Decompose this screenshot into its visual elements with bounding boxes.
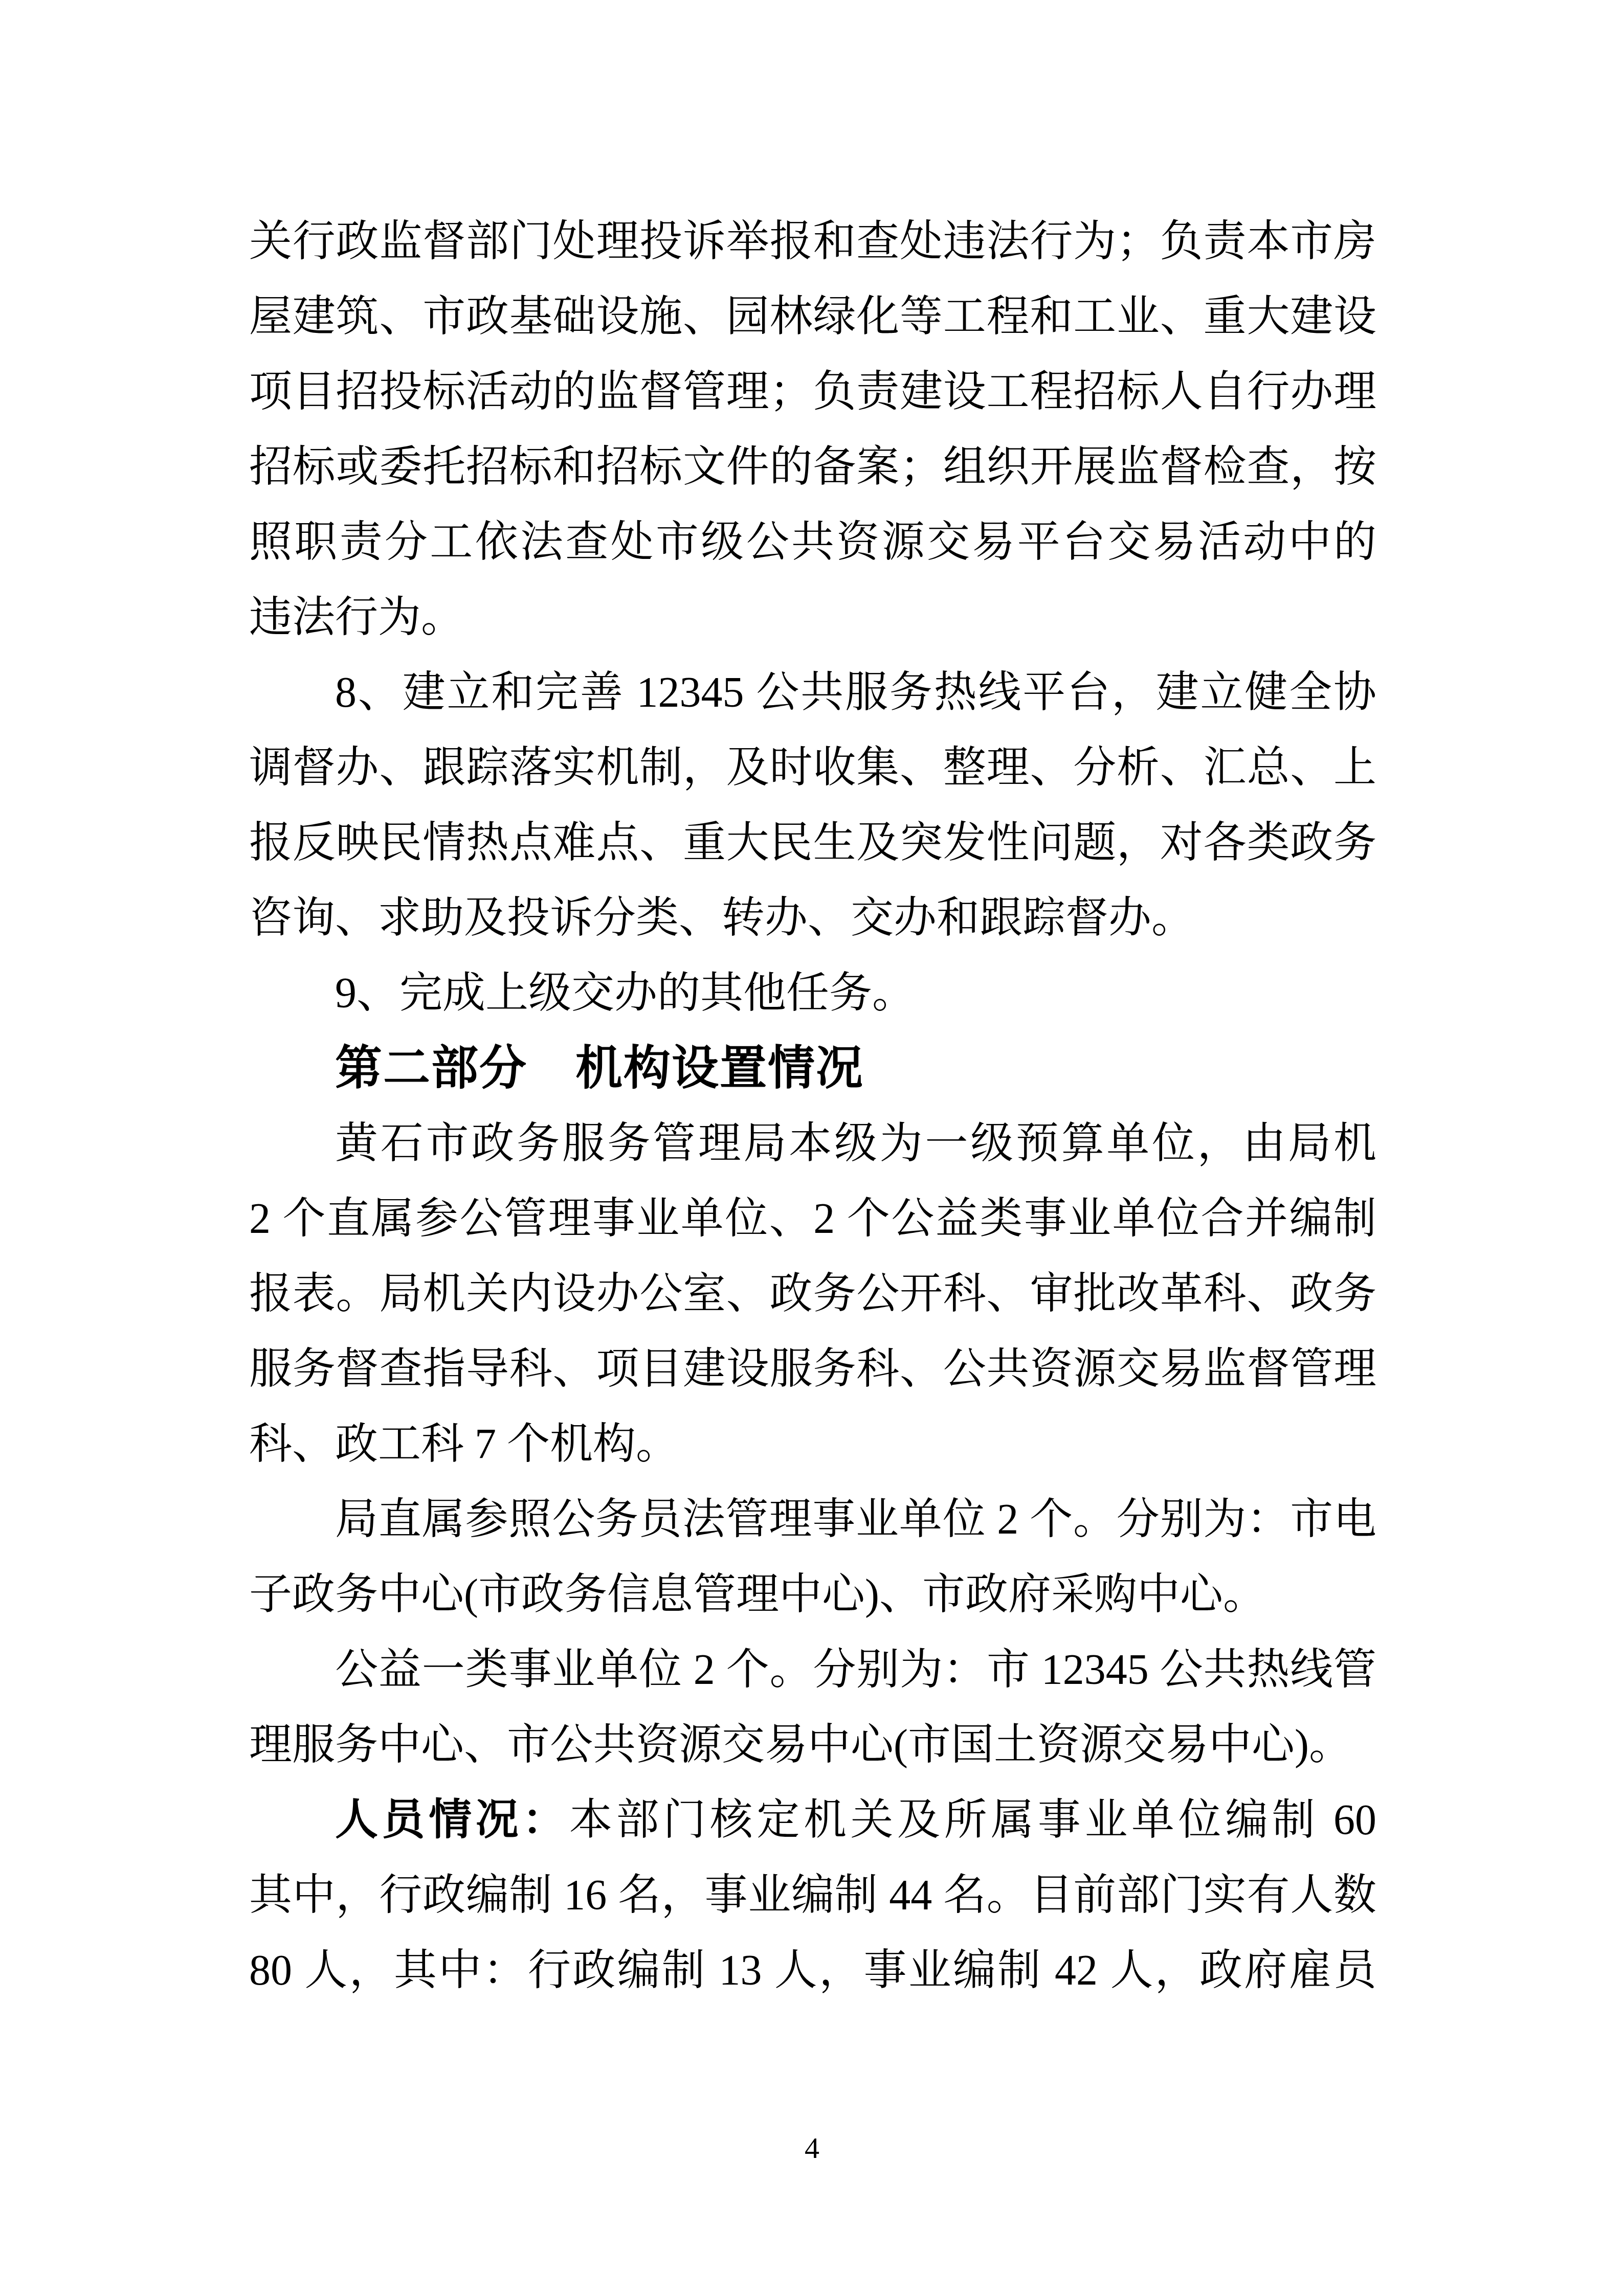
text-line: 关行政监督部门处理投诉举报和查处违法行为；负责本市房 <box>249 204 1376 279</box>
text-block: 关行政监督部门处理投诉举报和查处违法行为；负责本市房屋建筑、市政基础设施、园林绿… <box>249 204 1376 2008</box>
text-line: 报反映民情热点难点、重大民生及突发性问题，对各类政务 <box>249 805 1376 881</box>
text-line: 咨询、求助及投诉分类、转办、交办和跟踪督办。 <box>249 881 1376 956</box>
text-line: 理服务中心、市公共资源交易中心(市国土资源交易中心)。 <box>249 1707 1376 1783</box>
text-line: 报表。局机关内设办公室、政务公开科、审批改革科、政务 <box>249 1256 1376 1332</box>
section-heading: 第二部分 机构设置情况 <box>249 1031 1376 1106</box>
text-line: 公益一类事业单位 2 个。分别为：市 12345 公共热线管 <box>249 1632 1376 1707</box>
text-line: 其中，行政编制 16 名，事业编制 44 名。目前部门实有人数 <box>249 1858 1376 1933</box>
text-line: 8、建立和完善 12345 公共服务热线平台，建立健全协 <box>249 655 1376 730</box>
text-line: 科、政工科 7 个机构。 <box>249 1407 1376 1482</box>
text-line: 招标或委托招标和招标文件的备案；组织开展监督检查，按 <box>249 430 1376 505</box>
text-line: 人员情况：本部门核定机关及所属事业单位编制 60 名， <box>249 1783 1376 1858</box>
text-line: 黄石市政务服务管理局本级为一级预算单位，由局机关、 <box>249 1106 1376 1181</box>
text-line: 服务督查指导科、项目建设服务科、公共资源交易监督管理 <box>249 1332 1376 1407</box>
text-line: 屋建筑、市政基础设施、园林绿化等工程和工业、重大建设 <box>249 279 1376 354</box>
document-page: 关行政监督部门处理投诉举报和查处违法行为；负责本市房屋建筑、市政基础设施、园林绿… <box>0 0 1624 2296</box>
page-number: 4 <box>0 2132 1624 2164</box>
text-line: 照职责分工依法查处市级公共资源交易平台交易活动中的 <box>249 505 1376 580</box>
text-line: 9、完成上级交办的其他任务。 <box>249 956 1376 1031</box>
text-line: 局直属参照公务员法管理事业单位 2 个。分别为：市电 <box>249 1482 1376 1557</box>
text-line: 2 个直属参公管理事业单位、2 个公益类事业单位合并编制 <box>249 1181 1376 1256</box>
text-line: 80 人，其中：行政编制 13 人，事业编制 42 人，政府雇员 <box>249 1933 1376 2008</box>
text-line: 调督办、跟踪落实机制，及时收集、整理、分析、汇总、上 <box>249 730 1376 805</box>
text-line: 项目招投标活动的监督管理；负责建设工程招标人自行办理 <box>249 354 1376 430</box>
text-line: 子政务中心(市政务信息管理中心)、市政府采购中心。 <box>249 1557 1376 1632</box>
text-line: 违法行为。 <box>249 580 1376 655</box>
bold-text-run: 人员情况： <box>335 1796 569 1844</box>
